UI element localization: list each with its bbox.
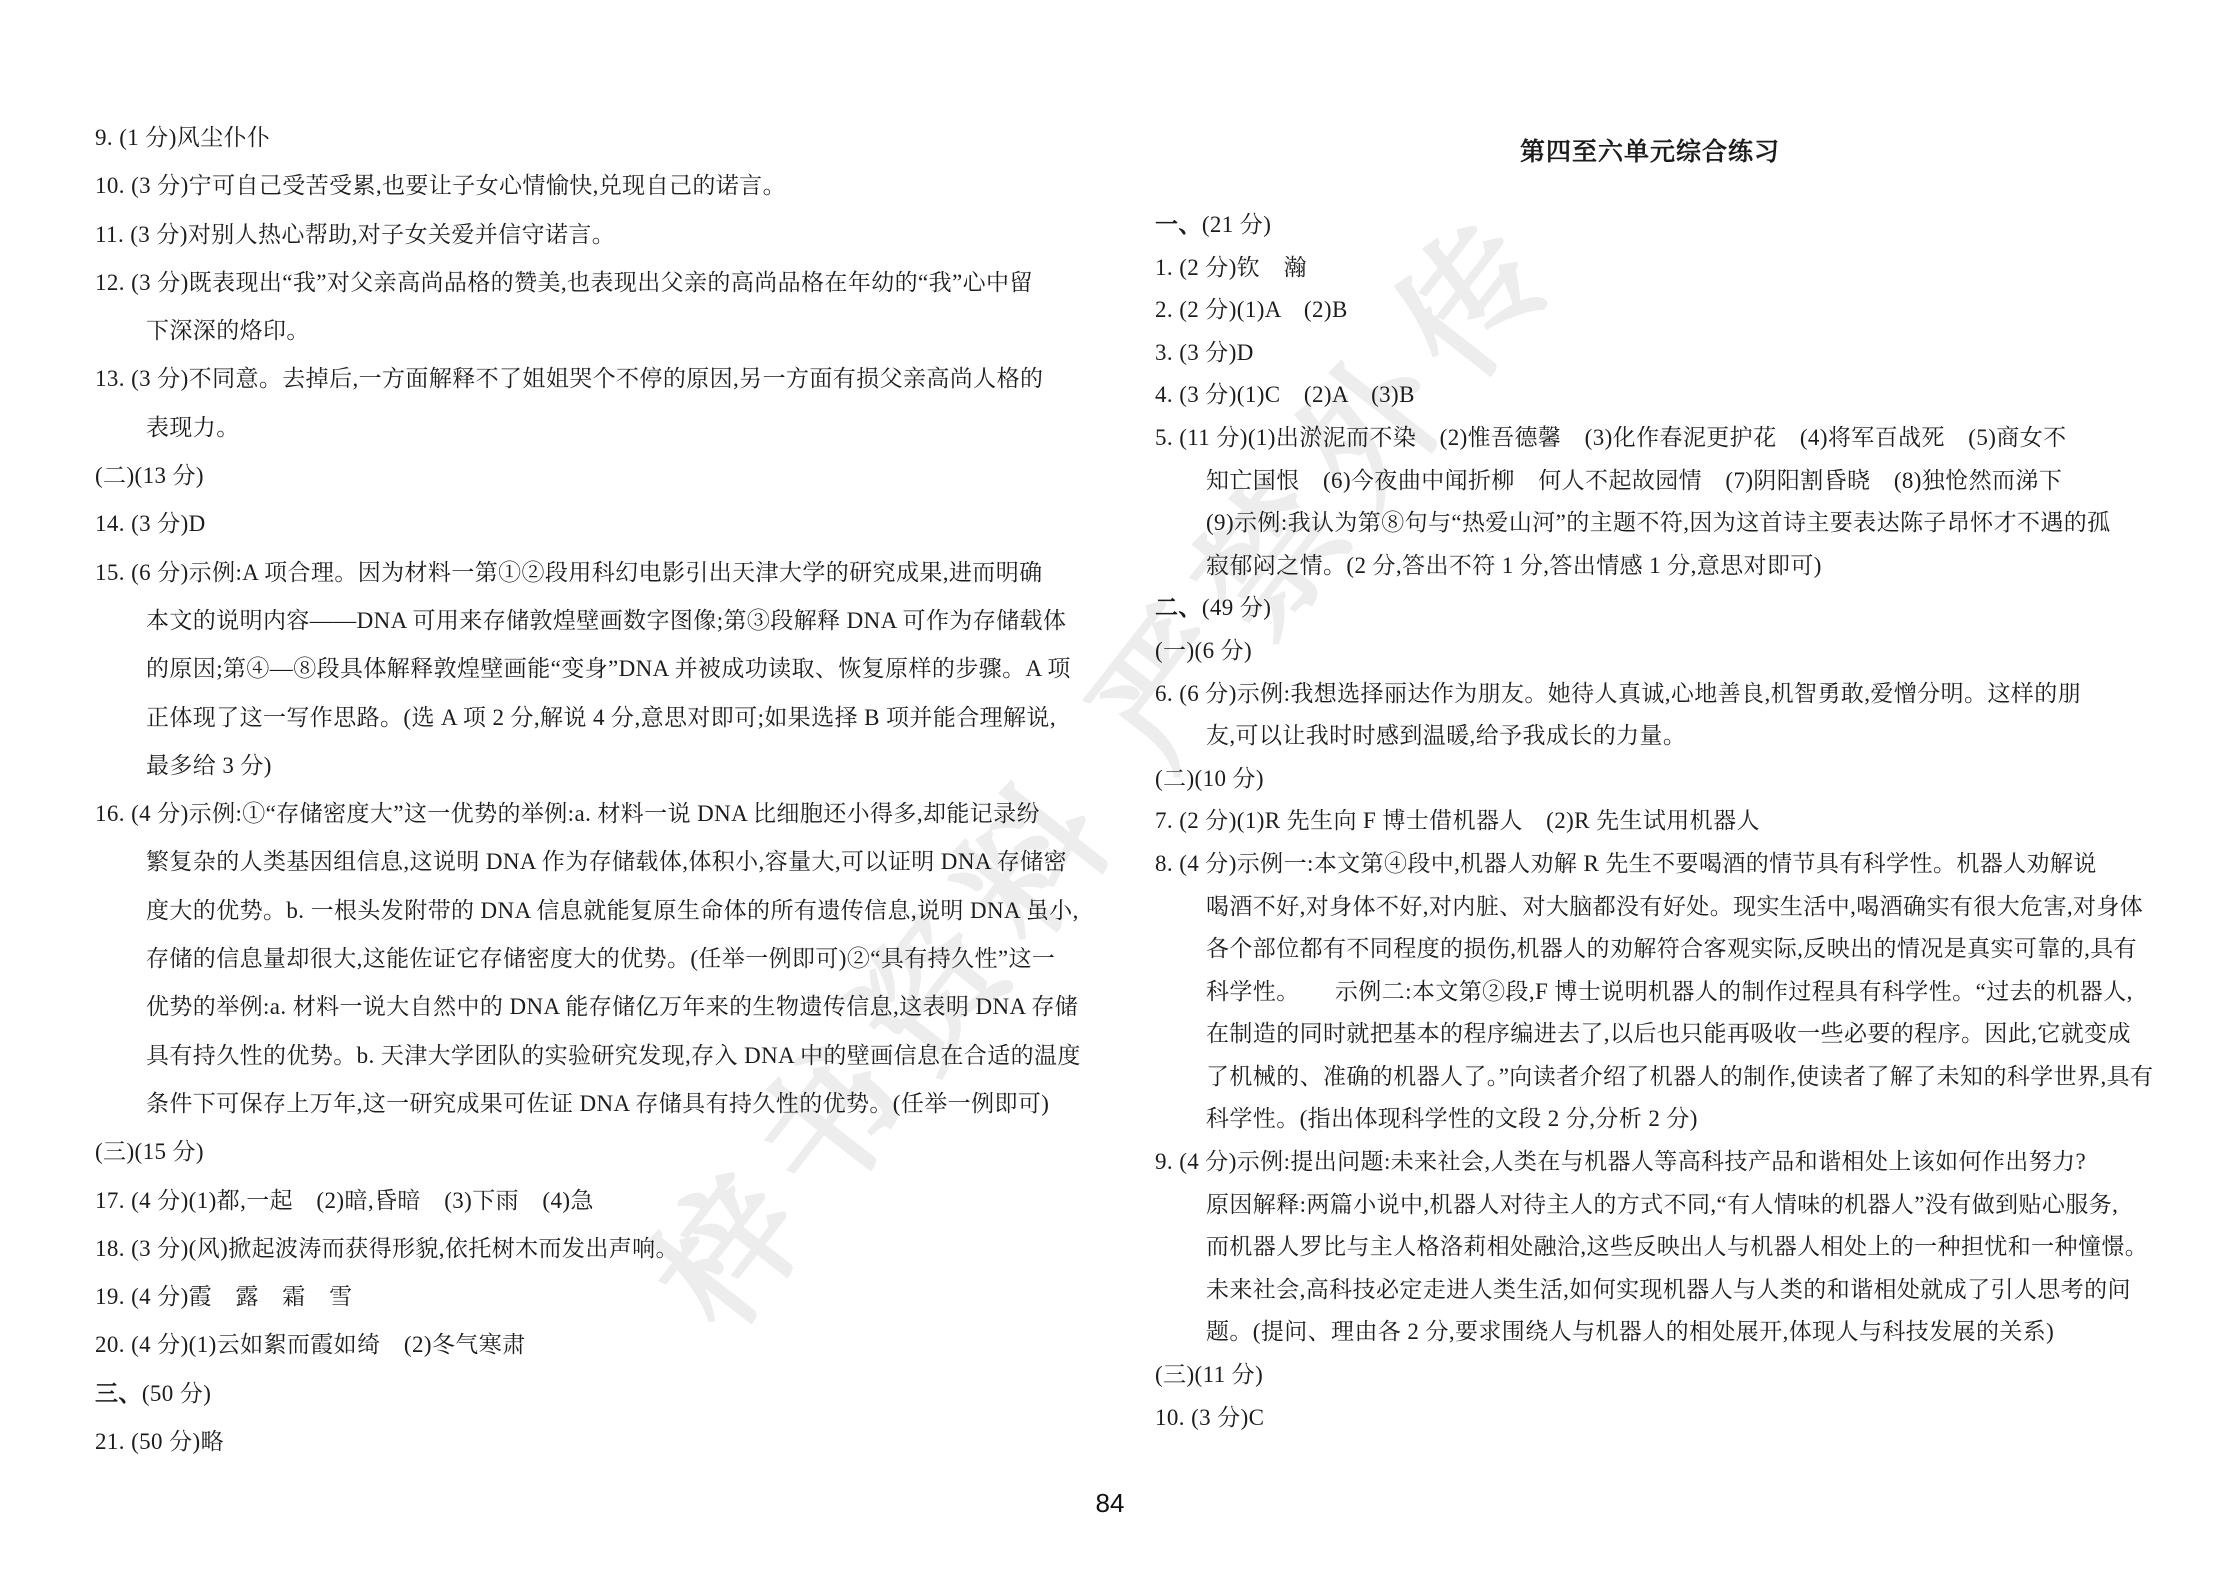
answer-text: 5. (11 分)(1)出淤泥而不染 (2)惟吾德馨 (3)化作春泥更护花 (4… (1155, 425, 2067, 450)
answer-text: 正体现了这一写作思路。(选 A 项 2 分,解说 4 分,意思对即可;如果选择 … (146, 705, 1056, 730)
answer-text: 16. (4 分)示例:①“存储密度大”这一优势的举例:a. 材料一说 DNA … (95, 801, 1040, 826)
answer-text: 20. (4 分)(1)云如絮而霞如绮 (2)冬气寒肃 (95, 1332, 526, 1357)
answer-line: 21. (50 分)略 (95, 1418, 1135, 1466)
answer-text: (三)(11 分) (1155, 1362, 1263, 1387)
scanned-answer-page: 梓书资料 严禁外传 9. (1 分)风尘仆仆 10. (3 分)宁可自己受苦受累… (0, 0, 2220, 1571)
answer-text: 科学性。(指出体现科学性的文段 2 分,分析 2 分) (1206, 1106, 1698, 1131)
answer-line: 未来社会,高科技必定走进人类生活,如何实现机器人与人类的和谐相处就成了引人思考的… (1155, 1269, 2175, 1312)
answer-text: (9)示例:我认为第⑧句与“热爱山河”的主题不符,因为这首诗主要表达陈子昂怀才不… (1206, 510, 2111, 535)
answer-text: 各个部位都有不同程度的损伤,机器人的劝解符合客观实际,反映出的情况是真实可靠的,… (1206, 936, 2137, 961)
answer-line: 友,可以让我时时感到温暖,给予我成长的力量。 (1155, 715, 2175, 758)
answer-text: 喝酒不好,对身体不好,对内脏、对大脑都没有好处。现实生活中,喝酒确实有很大危害,… (1206, 894, 2143, 919)
answer-text: 在制造的同时就把基本的程序编进去了,以后也只能再吸收一些必要的程序。因此,它就变… (1206, 1021, 2131, 1046)
answer-line: 10. (3 分)C (1155, 1397, 2175, 1440)
answer-line: 科学性。 示例二:本文第②段,F 博士说明机器人的制作过程具有科学性。“过去的机… (1155, 971, 2175, 1014)
answer-text: 未来社会,高科技必定走进人类生活,如何实现机器人与人类的和谐相处就成了引人思考的… (1206, 1277, 2131, 1302)
section-number: 三、 (95, 1381, 142, 1406)
answer-line: 最多给 3 分) (95, 742, 1135, 790)
answer-line: 6. (6 分)示例:我想选择丽达作为朋友。她待人真诚,心地善良,机智勇敢,爱憎… (1155, 673, 2175, 716)
answer-text: 15. (6 分)示例:A 项合理。因为材料一第①②段用科幻电影引出天津大学的研… (95, 560, 1043, 585)
answer-line: 8. (4 分)示例一:本文第④段中,机器人劝解 R 先生不要喝酒的情节具有科学… (1155, 843, 2175, 886)
answer-line: 16. (4 分)示例:①“存储密度大”这一优势的举例:a. 材料一说 DNA … (95, 790, 1135, 838)
answer-line: 存储的信息量却很大,这能佐证它存储密度大的优势。(任举一例即可)②“具有持久性”… (95, 935, 1135, 983)
answer-line: 20. (4 分)(1)云如絮而霞如绮 (2)冬气寒肃 (95, 1321, 1135, 1369)
answer-text: 21. (50 分)略 (95, 1429, 224, 1454)
answer-line: 1. (2 分)钦 瀚 (1155, 247, 2175, 290)
answer-text: (二)(10 分) (1155, 766, 1264, 791)
section-number: 一、 (1155, 212, 1202, 237)
answer-text: 18. (3 分)(风)掀起波涛而获得形貌,依托树木而发出声响。 (95, 1236, 679, 1261)
answer-text: 6. (6 分)示例:我想选择丽达作为朋友。她待人真诚,心地善良,机智勇敢,爱憎… (1155, 681, 2081, 706)
answer-line: 知亡国恨 (6)今夜曲中闻折柳 何人不起故园情 (7)阴阳割昏晓 (8)独怆然而… (1155, 460, 2175, 503)
page-number: 84 (0, 1488, 2220, 1519)
answer-text: 的原因;第④—⑧段具体解释敦煌壁画能“变身”DNA 并被成功读取、恢复原样的步骤… (146, 656, 1071, 681)
answer-line: 科学性。(指出体现科学性的文段 2 分,分析 2 分) (1155, 1098, 2175, 1141)
answer-line: 正体现了这一写作思路。(选 A 项 2 分,解说 4 分,意思对即可;如果选择 … (95, 694, 1135, 742)
answer-text: 知亡国恨 (6)今夜曲中闻折柳 何人不起故园情 (7)阴阳割昏晓 (8)独怆然而… (1206, 468, 2062, 493)
answer-line: 寂郁闷之情。(2 分,答出不符 1 分,答出情感 1 分,意思对即可) (1155, 545, 2175, 588)
answer-line: 本文的说明内容——DNA 可用来存储敦煌壁画数字图像;第③段解释 DNA 可作为… (95, 597, 1135, 645)
answer-text: 17. (4 分)(1)都,一起 (2)暗,昏暗 (3)下雨 (4)急 (95, 1188, 594, 1213)
answer-text: 10. (3 分)宁可自己受苦受累,也要让子女心情愉快,兑现自己的诺言。 (95, 173, 786, 198)
answer-text: (50 分) (142, 1381, 211, 1406)
answer-line: 表现力。 (95, 404, 1135, 452)
answer-line: 7. (2 分)(1)R 先生向 F 博士借机器人 (2)R 先生试用机器人 (1155, 800, 2175, 843)
answer-line: 3. (3 分)D (1155, 332, 2175, 375)
answer-text: 存储的信息量却很大,这能佐证它存储密度大的优势。(任举一例即可)②“具有持久性”… (146, 946, 1055, 971)
answer-line: 了机械的、准确的机器人了。”向读者介绍了机器人的制作,使读者了解了未知的科学世界… (1155, 1056, 2175, 1099)
answer-line: 三、(50 分) (95, 1370, 1135, 1418)
answer-text: (一)(6 分) (1155, 638, 1252, 663)
answer-text: 了机械的、准确的机器人了。”向读者介绍了机器人的制作,使读者了解了未知的科学世界… (1206, 1064, 2153, 1089)
answer-text: 优势的举例:a. 材料一说大自然中的 DNA 能存储亿万年来的生物遗传信息,这表… (146, 994, 1078, 1019)
answer-line: 各个部位都有不同程度的损伤,机器人的劝解符合客观实际,反映出的情况是真实可靠的,… (1155, 928, 2175, 971)
answer-text: 而机器人罗比与主人格洛莉相处融洽,这些反映出人与机器人相处上的一种担忧和一种憧憬… (1206, 1234, 2148, 1259)
answer-line: 10. (3 分)宁可自己受苦受累,也要让子女心情愉快,兑现自己的诺言。 (95, 162, 1135, 210)
answer-text: 10. (3 分)C (1155, 1405, 1264, 1430)
answer-line: 题。(提问、理由各 2 分,要求围绕人与机器人的相处展开,体现人与科技发展的关系… (1155, 1311, 2175, 1354)
answer-line: (三)(11 分) (1155, 1354, 2175, 1397)
answer-text: 友,可以让我时时感到温暖,给予我成长的力量。 (1206, 723, 1686, 748)
answer-line: 9. (4 分)示例:提出问题:未来社会,人类在与机器人等高科技产品和谐相处上该… (1155, 1141, 2175, 1184)
answer-text: 8. (4 分)示例一:本文第④段中,机器人劝解 R 先生不要喝酒的情节具有科学… (1155, 851, 2097, 876)
answer-line: 一、(21 分) (1155, 204, 2175, 247)
answer-text: 繁复杂的人类基因组信息,这说明 DNA 作为存储载体,体积小,容量大,可以证明 … (146, 849, 1067, 874)
answer-line: (三)(15 分) (95, 1128, 1135, 1176)
answer-text: 度大的优势。b. 一根头发附带的 DNA 信息就能复原生命体的所有遗传信息,说明… (146, 898, 1079, 923)
answer-line: 14. (3 分)D (95, 500, 1135, 548)
answer-text: 3. (3 分)D (1155, 340, 1254, 365)
answer-text: 14. (3 分)D (95, 511, 206, 536)
answer-line: 13. (3 分)不同意。去掉后,一方面解释不了姐姐哭个不停的原因,另一方面有损… (95, 355, 1135, 403)
answer-line: 度大的优势。b. 一根头发附带的 DNA 信息就能复原生命体的所有遗传信息,说明… (95, 887, 1135, 935)
unit-exercise-heading: 第四至六单元综合练习 (1155, 132, 2145, 168)
answer-line: 繁复杂的人类基因组信息,这说明 DNA 作为存储载体,体积小,容量大,可以证明 … (95, 838, 1135, 886)
answer-text: 条件下可保存上万年,这一研究成果可佐证 DNA 存储具有持久性的优势。(任举一例… (146, 1091, 1049, 1116)
answer-text: 9. (1 分)风尘仆仆 (95, 125, 270, 150)
answer-text: (二)(13 分) (95, 463, 204, 488)
answer-line: 条件下可保存上万年,这一研究成果可佐证 DNA 存储具有持久性的优势。(任举一例… (95, 1080, 1135, 1128)
answer-line: 而机器人罗比与主人格洛莉相处融洽,这些反映出人与机器人相处上的一种担忧和一种憧憬… (1155, 1226, 2175, 1269)
answer-text: 12. (3 分)既表现出“我”对父亲高尚品格的赞美,也表现出父亲的高尚品格在年… (95, 270, 1033, 295)
answer-line: 优势的举例:a. 材料一说大自然中的 DNA 能存储亿万年来的生物遗传信息,这表… (95, 983, 1135, 1031)
answer-line: 11. (3 分)对别人热心帮助,对子女关爱并信守诺言。 (95, 211, 1135, 259)
answer-line: (9)示例:我认为第⑧句与“热爱山河”的主题不符,因为这首诗主要表达陈子昂怀才不… (1155, 502, 2175, 545)
answer-line: 19. (4 分)霞 露 霜 雪 (95, 1273, 1135, 1321)
answer-text: 13. (3 分)不同意。去掉后,一方面解释不了姐姐哭个不停的原因,另一方面有损… (95, 366, 1043, 391)
answer-line: 15. (6 分)示例:A 项合理。因为材料一第①②段用科幻电影引出天津大学的研… (95, 549, 1135, 597)
answer-line: 12. (3 分)既表现出“我”对父亲高尚品格的赞美,也表现出父亲的高尚品格在年… (95, 259, 1135, 307)
answer-text: (21 分) (1202, 212, 1271, 237)
answer-text: 1. (2 分)钦 瀚 (1155, 255, 1307, 280)
answer-line: 的原因;第④—⑧段具体解释敦煌壁画能“变身”DNA 并被成功读取、恢复原样的步骤… (95, 645, 1135, 693)
answer-text: 2. (2 分)(1)A (2)B (1155, 297, 1348, 322)
left-answer-column: 9. (1 分)风尘仆仆 10. (3 分)宁可自己受苦受累,也要让子女心情愉快… (95, 114, 1135, 1466)
answer-text: (三)(15 分) (95, 1139, 204, 1164)
answer-text: 原因解释:两篇小说中,机器人对待主人的方式不同,“有人情味的机器人”没有做到贴心… (1206, 1192, 2118, 1217)
answer-text: 表现力。 (146, 415, 240, 440)
answer-line: 喝酒不好,对身体不好,对内脏、对大脑都没有好处。现实生活中,喝酒确实有很大危害,… (1155, 886, 2175, 929)
section-number: 二、 (1155, 595, 1202, 620)
answer-line: 4. (3 分)(1)C (2)A (3)B (1155, 374, 2175, 417)
answer-text: 19. (4 分)霞 露 霜 雪 (95, 1284, 352, 1309)
answer-text: 寂郁闷之情。(2 分,答出不符 1 分,答出情感 1 分,意思对即可) (1206, 553, 1822, 578)
right-answer-column: 一、(21 分) 1. (2 分)钦 瀚 2. (2 分)(1)A (2)B 3… (1155, 204, 2175, 1439)
answer-text: 具有持久性的优势。b. 天津大学团队的实验研究发现,存入 DNA 中的壁画信息在… (146, 1043, 1081, 1068)
answer-text: 9. (4 分)示例:提出问题:未来社会,人类在与机器人等高科技产品和谐相处上该… (1155, 1149, 2086, 1174)
answer-line: 18. (3 分)(风)掀起波涛而获得形貌,依托树木而发出声响。 (95, 1225, 1135, 1273)
answer-line: 9. (1 分)风尘仆仆 (95, 114, 1135, 162)
answer-text: 7. (2 分)(1)R 先生向 F 博士借机器人 (2)R 先生试用机器人 (1155, 808, 1760, 833)
answer-line: 原因解释:两篇小说中,机器人对待主人的方式不同,“有人情味的机器人”没有做到贴心… (1155, 1184, 2175, 1227)
answer-text: 本文的说明内容——DNA 可用来存储敦煌壁画数字图像;第③段解释 DNA 可作为… (146, 608, 1066, 633)
answer-text: 11. (3 分)对别人热心帮助,对子女关爱并信守诺言。 (95, 222, 615, 247)
answer-text: 题。(提问、理由各 2 分,要求围绕人与机器人的相处展开,体现人与科技发展的关系… (1206, 1319, 2054, 1344)
answer-line: 下深深的烙印。 (95, 307, 1135, 355)
answer-line: (二)(10 分) (1155, 758, 2175, 801)
answer-line: (二)(13 分) (95, 452, 1135, 500)
answer-line: 17. (4 分)(1)都,一起 (2)暗,昏暗 (3)下雨 (4)急 (95, 1177, 1135, 1225)
answer-text: 下深深的烙印。 (146, 318, 310, 343)
answer-line: (一)(6 分) (1155, 630, 2175, 673)
answer-line: 5. (11 分)(1)出淤泥而不染 (2)惟吾德馨 (3)化作春泥更护花 (4… (1155, 417, 2175, 460)
answer-text: (49 分) (1202, 595, 1271, 620)
answer-line: 在制造的同时就把基本的程序编进去了,以后也只能再吸收一些必要的程序。因此,它就变… (1155, 1013, 2175, 1056)
answer-line: 具有持久性的优势。b. 天津大学团队的实验研究发现,存入 DNA 中的壁画信息在… (95, 1032, 1135, 1080)
answer-text: 最多给 3 分) (146, 753, 272, 778)
answer-text: 4. (3 分)(1)C (2)A (3)B (1155, 382, 1415, 407)
answer-text: 科学性。 示例二:本文第②段,F 博士说明机器人的制作过程具有科学性。“过去的机… (1206, 979, 2133, 1004)
answer-line: 2. (2 分)(1)A (2)B (1155, 289, 2175, 332)
answer-line: 二、(49 分) (1155, 587, 2175, 630)
